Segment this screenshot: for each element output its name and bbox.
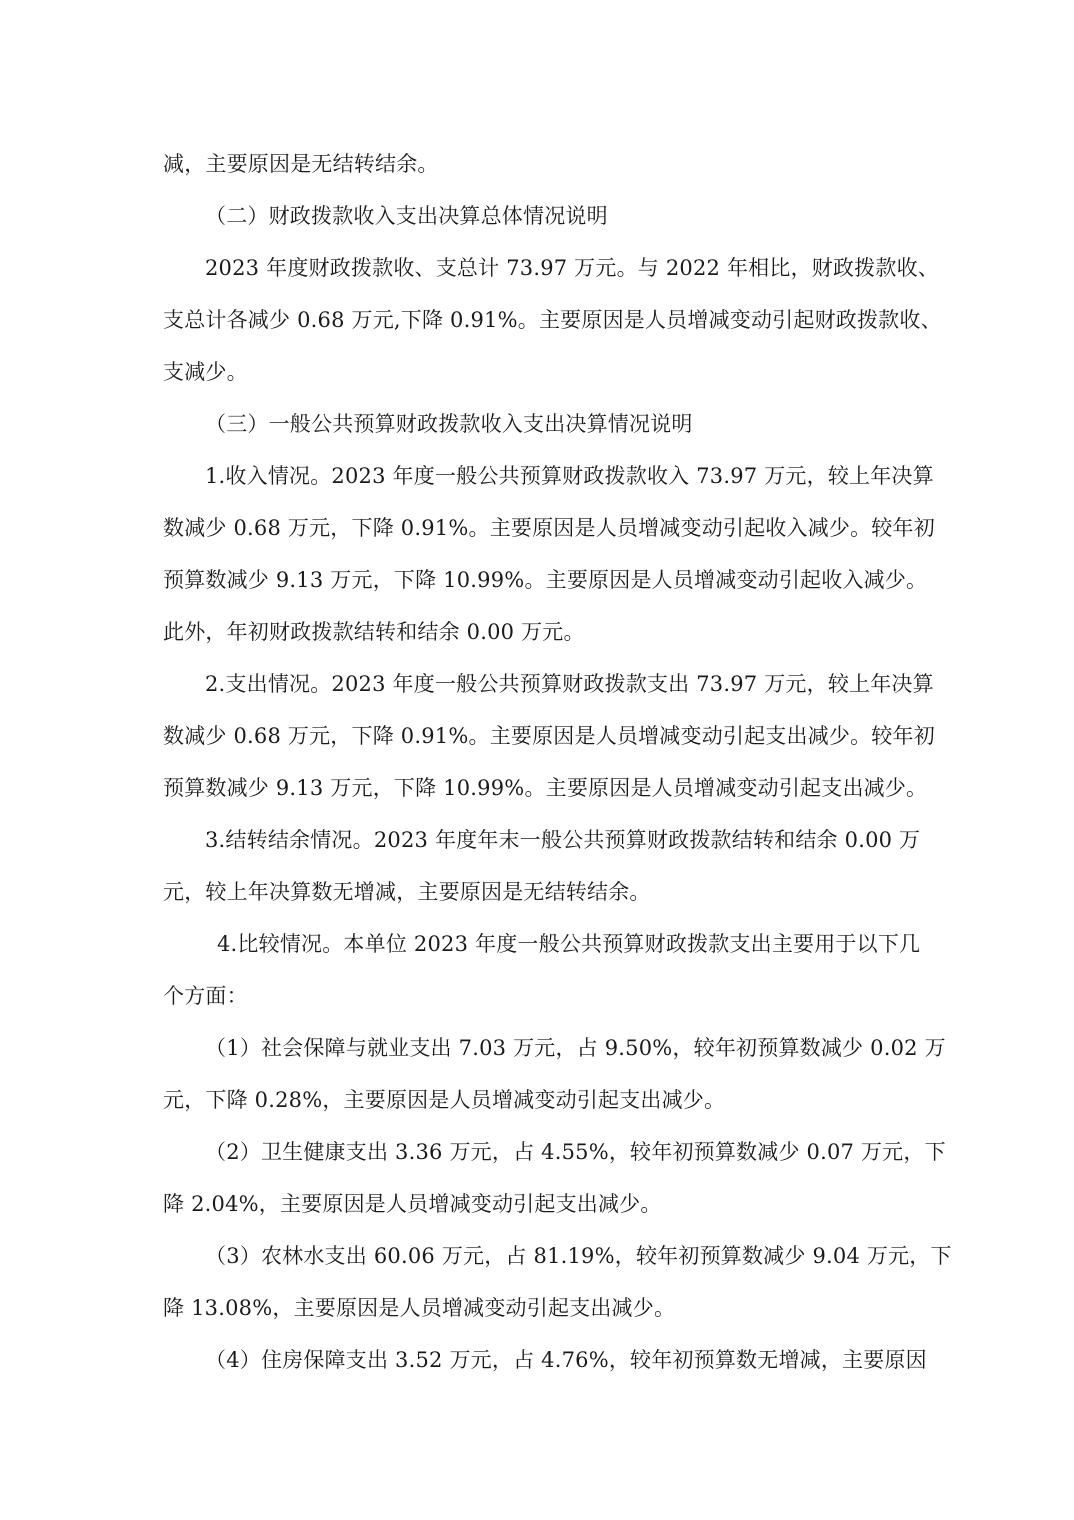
text-line: 预算数减少 9.13 万元，下降 10.99%。主要原因是人员增减变动引起支出减… <box>163 775 913 801</box>
text-line: （2）卫生健康支出 3.36 万元，占 4.55%，较年初预算数减少 0.07 … <box>205 1139 913 1165</box>
text-line: 元，较上年决算数无增减，主要原因是无结转结余。 <box>163 879 913 905</box>
text-line: 数减少 0.68 万元，下降 0.91%。主要原因是人员增减变动引起收入减少。较… <box>163 515 913 541</box>
text-line: 支总计各减少 0.68 万元,下降 0.91%。主要原因是人员增减变动引起财政拨… <box>163 307 913 333</box>
text-line: 2.支出情况。2023 年度一般公共预算财政拨款支出 73.97 万元，较上年决… <box>205 671 913 697</box>
text-line: 2023 年度财政拨款收、支总计 73.97 万元。与 2022 年相比，财政拨… <box>205 255 913 281</box>
text-line: 1.收入情况。2023 年度一般公共预算财政拨款收入 73.97 万元，较上年决… <box>205 463 913 489</box>
section-heading: （二）财政拨款收入支出决算总体情况说明 <box>205 203 913 229</box>
text-line: 数减少 0.68 万元，下降 0.91%。主要原因是人员增减变动引起支出减少。较… <box>163 723 913 749</box>
text-line: 预算数减少 9.13 万元，下降 10.99%。主要原因是人员增减变动引起收入减… <box>163 567 913 593</box>
text-line: 元，下降 0.28%，主要原因是人员增减变动引起支出减少。 <box>163 1087 913 1113</box>
document-page: 减，主要原因是无结转结余。 （二）财政拨款收入支出决算总体情况说明 2023 年… <box>0 0 1074 1520</box>
text-line: 个方面： <box>163 983 913 1009</box>
text-line: 支减少。 <box>163 359 913 385</box>
text-line: （3）农林水支出 60.06 万元，占 81.19%，较年初预算数减少 9.04… <box>205 1243 913 1269</box>
text-line: 降 2.04%，主要原因是人员增减变动引起支出减少。 <box>163 1191 913 1217</box>
text-line: 4.比较情况。本单位 2023 年度一般公共预算财政拨款支出主要用于以下几 <box>217 931 913 957</box>
text-line: 3.结转结余情况。2023 年度年末一般公共预算财政拨款结转和结余 0.00 万 <box>205 827 913 853</box>
text-line: （4）住房保障支出 3.52 万元，占 4.76%，较年初预算数无增减，主要原因 <box>205 1347 913 1373</box>
text-line: 此外，年初财政拨款结转和结余 0.00 万元。 <box>163 619 913 645</box>
text-line: 降 13.08%，主要原因是人员增减变动引起支出减少。 <box>163 1295 913 1321</box>
section-heading: （三）一般公共预算财政拨款收入支出决算情况说明 <box>205 411 913 437</box>
text-line: （1）社会保障与就业支出 7.03 万元，占 9.50%，较年初预算数减少 0.… <box>205 1035 913 1061</box>
text-line: 减，主要原因是无结转结余。 <box>163 151 913 177</box>
